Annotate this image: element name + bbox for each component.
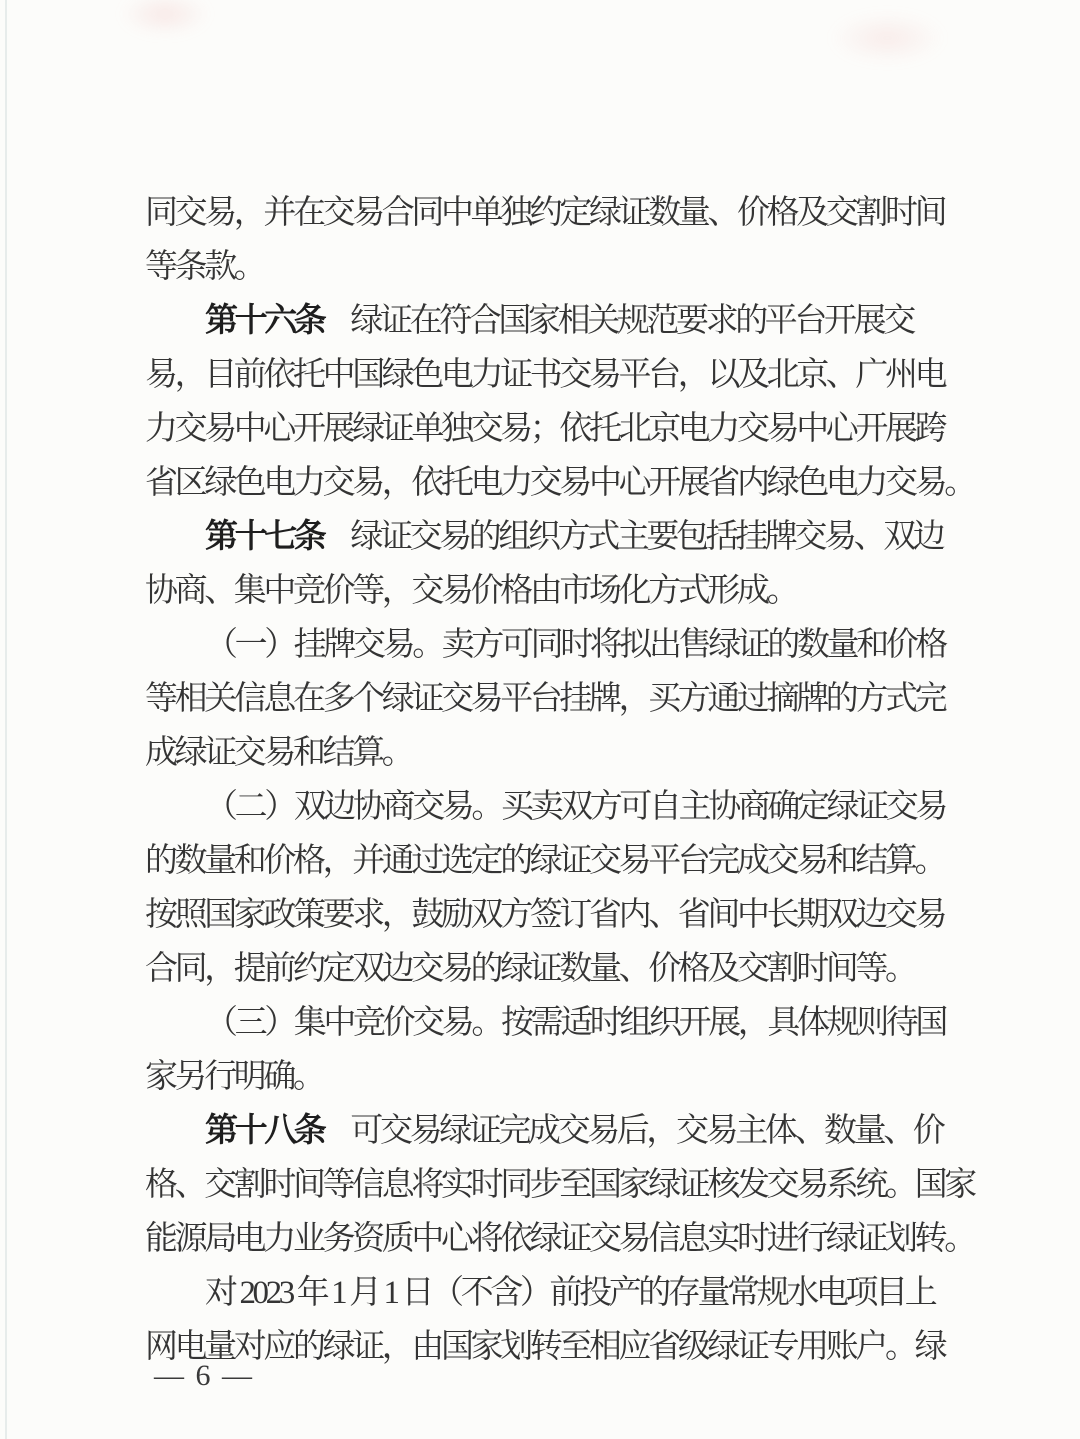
line-text: （三）集中竞价交易。按需适时组织开展，具体规则待国 bbox=[205, 1005, 945, 1041]
page-number: — 6 — bbox=[154, 1360, 254, 1392]
paragraph-line: 对 2023 年 1 月 1 日（不含）前投产的存量常规水电项目上 bbox=[145, 1266, 975, 1320]
line-text: 的数量和价格，并通过选定的绿证交易平台完成交易和结算。 bbox=[145, 843, 944, 879]
item-2-line: （二）双边协商交易。买卖双方可自主协商确定绿证交易 bbox=[145, 780, 975, 834]
line-text: 可交易绿证完成交易后，交易主体、数量、价 bbox=[350, 1113, 942, 1149]
scan-smudge-artifact bbox=[120, 0, 210, 36]
line-text: 同交易，并在交易合同中单独约定绿证数量、价格及交割时间 bbox=[145, 195, 944, 231]
article-17-heading-line: 第十七条绿证交易的组织方式主要包括挂牌交易、双边 bbox=[145, 510, 975, 564]
paragraph-line: 按照国家政策要求，鼓励双方签订省内、省间中长期双边交易 bbox=[145, 888, 975, 942]
line-text: 省区绿色电力交易，依托电力交易中心开展省内绿色电力交易。 bbox=[145, 465, 974, 501]
line-text: （一）挂牌交易。卖方可同时将拟出售绿证的数量和价格 bbox=[205, 627, 945, 663]
line-text: 等相关信息在多个绿证交易平台挂牌，买方通过摘牌的方式完 bbox=[145, 681, 944, 717]
paragraph-line: 成绿证交易和结算。 bbox=[145, 726, 975, 780]
line-text: 按照国家政策要求，鼓励双方签订省内、省间中长期双边交易 bbox=[145, 897, 944, 933]
line-text: 绿证交易的组织方式主要包括挂牌交易、双边 bbox=[350, 519, 942, 555]
paragraph-line: 的数量和价格，并通过选定的绿证交易平台完成交易和结算。 bbox=[145, 834, 975, 888]
paragraph-line: 等相关信息在多个绿证交易平台挂牌，买方通过摘牌的方式完 bbox=[145, 672, 975, 726]
article-18-heading-line: 第十八条可交易绿证完成交易后，交易主体、数量、价 bbox=[145, 1104, 975, 1158]
line-text: （二）双边协商交易。买卖双方可自主协商确定绿证交易 bbox=[205, 789, 945, 825]
line-text: 对 2023 年 1 月 1 日（不含）前投产的存量常规水电项目上 bbox=[205, 1275, 934, 1311]
line-text: 协商、集中竞价等，交易价格由市场化方式形成。 bbox=[145, 573, 796, 609]
line-text: 合同，提前约定双边交易的绿证数量、价格及交割时间等。 bbox=[145, 951, 915, 987]
paragraph-line: 网电量对应的绿证，由国家划转至相应省级绿证专用账户。绿 bbox=[145, 1320, 975, 1374]
document-body: 同交易，并在交易合同中单独约定绿证数量、价格及交割时间 等条款。 第十六条绿证在… bbox=[145, 186, 975, 1374]
paragraph-line: 家另行明确。 bbox=[145, 1050, 975, 1104]
paragraph-line: 合同，提前约定双边交易的绿证数量、价格及交割时间等。 bbox=[145, 942, 975, 996]
paragraph-line: 能源局电力业务资质中心将依绿证交易信息实时进行绿证划转。 bbox=[145, 1212, 975, 1266]
paragraph-line: 格、交割时间等信息将实时同步至国家绿证核发交易系统。国家 bbox=[145, 1158, 975, 1212]
line-text: 格、交割时间等信息将实时同步至国家绿证核发交易系统。国家 bbox=[145, 1167, 974, 1203]
scan-smudge-artifact bbox=[830, 12, 945, 64]
article-16-heading-line: 第十六条绿证在符合国家相关规范要求的平台开展交 bbox=[145, 294, 975, 348]
line-text: 家另行明确。 bbox=[145, 1059, 323, 1095]
paragraph-line: 易，目前依托中国绿色电力证书交易平台，以及北京、广州电 bbox=[145, 348, 975, 402]
article-number: 第十七条 bbox=[205, 519, 323, 555]
item-1-line: （一）挂牌交易。卖方可同时将拟出售绿证的数量和价格 bbox=[145, 618, 975, 672]
line-text: 网电量对应的绿证，由国家划转至相应省级绿证专用账户。绿 bbox=[145, 1329, 944, 1365]
article-number: 第十六条 bbox=[205, 303, 323, 339]
document-page: 同交易，并在交易合同中单独约定绿证数量、价格及交割时间 等条款。 第十六条绿证在… bbox=[0, 0, 1080, 1439]
item-3-line: （三）集中竞价交易。按需适时组织开展，具体规则待国 bbox=[145, 996, 975, 1050]
line-text: 能源局电力业务资质中心将依绿证交易信息实时进行绿证划转。 bbox=[145, 1221, 974, 1257]
scan-edge-artifact bbox=[5, 0, 7, 1439]
paragraph-line: 协商、集中竞价等，交易价格由市场化方式形成。 bbox=[145, 564, 975, 618]
line-text: 绿证在符合国家相关规范要求的平台开展交 bbox=[350, 303, 912, 339]
paragraph-line: 力交易中心开展绿证单独交易；依托北京电力交易中心开展跨 bbox=[145, 402, 975, 456]
line-text: 成绿证交易和结算。 bbox=[145, 735, 411, 771]
line-text: 易，目前依托中国绿色电力证书交易平台，以及北京、广州电 bbox=[145, 357, 944, 393]
article-number: 第十八条 bbox=[205, 1113, 323, 1149]
line-text: 等条款。 bbox=[145, 249, 263, 285]
paragraph-line: 同交易，并在交易合同中单独约定绿证数量、价格及交割时间 bbox=[145, 186, 975, 240]
line-text: 力交易中心开展绿证单独交易；依托北京电力交易中心开展跨 bbox=[145, 411, 944, 447]
paragraph-line: 省区绿色电力交易，依托电力交易中心开展省内绿色电力交易。 bbox=[145, 456, 975, 510]
paragraph-line: 等条款。 bbox=[145, 240, 975, 294]
